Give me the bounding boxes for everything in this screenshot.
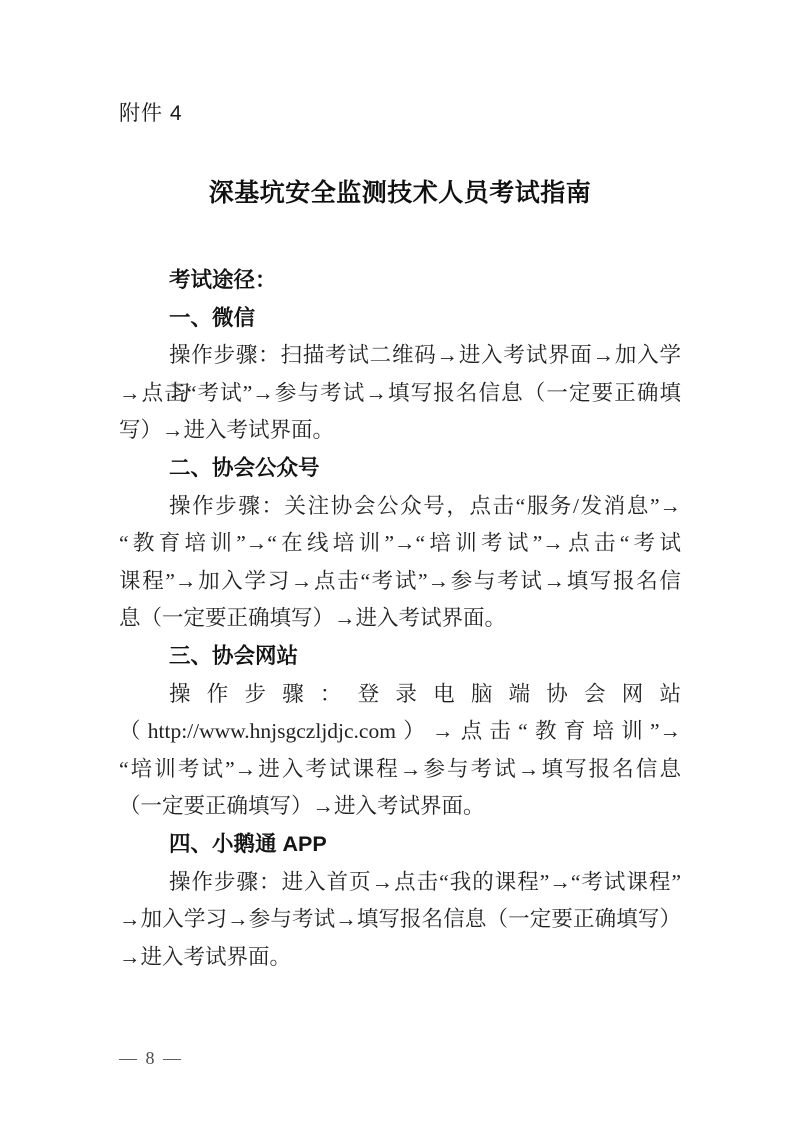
paragraph-line: “教育培训”→“在线培训”→“培训考试”→点击“考试 xyxy=(119,525,681,563)
document-body: 考试途径： 一、微信操作步骤：扫描考试二维码→进入考试界面→加入学习→点击“考试… xyxy=(119,262,681,976)
section-heading: 三、协会网站 xyxy=(119,638,681,676)
section-heading: 二、协会公众号 xyxy=(119,450,681,488)
paragraph-line: 写）→进入考试界面。 xyxy=(119,412,681,450)
paragraph-line: →进入考试界面。 xyxy=(119,939,681,977)
intro-heading: 考试途径： xyxy=(119,262,681,300)
paragraph-line: （一定要正确填写）→进入考试界面。 xyxy=(119,788,681,826)
paragraph-line: 课程”→加入学习→点击“考试”→参与考试→填写报名信 xyxy=(119,563,681,601)
paragraph-line: →点击“考试”→参与考试→填写报名信息（一定要正确填 xyxy=(119,375,681,413)
paragraph-line: 息（一定要正确填写）→进入考试界面。 xyxy=(119,600,681,638)
paragraph-line: 操作步骤：登录电脑端协会网站 xyxy=(119,676,681,714)
document-page: 附件 4 深基坑安全监测技术人员考试指南 考试途径： 一、微信操作步骤：扫描考试… xyxy=(0,0,800,1131)
attachment-label: 附件 4 xyxy=(119,101,183,127)
page-number: — 8 — xyxy=(119,1046,183,1070)
section-heading: 四、小鹅通 APP xyxy=(119,826,681,864)
paragraph-line: →加入学习→参与考试→填写报名信息（一定要正确填写） xyxy=(119,901,681,939)
paragraph-line: 操作步骤：进入首页→点击“我的课程”→“考试课程” xyxy=(119,864,681,902)
paragraph-line: 操作步骤：关注协会公众号，点击“服务/发消息”→ xyxy=(119,488,681,526)
paragraph-line: “培训考试”→进入考试课程→参与考试→填写报名信息 xyxy=(119,751,681,789)
section-heading: 一、微信 xyxy=(119,300,681,338)
paragraph-line: 操作步骤：扫描考试二维码→进入考试界面→加入学习 xyxy=(119,337,681,375)
paragraph-line: （http://www.hnjsgczljdjc.com）→点击“教育培训”→ xyxy=(119,713,681,751)
document-title: 深基坑安全监测技术人员考试指南 xyxy=(0,179,800,209)
